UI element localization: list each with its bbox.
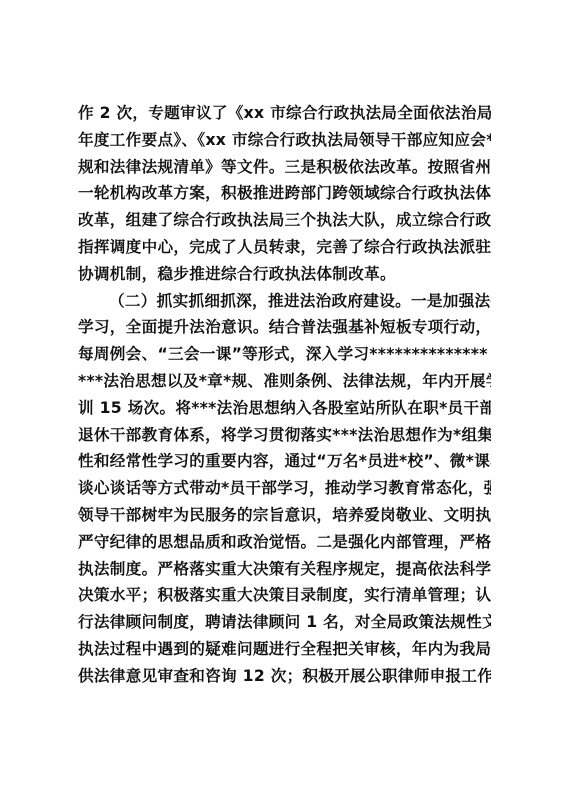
text-line: 年度工作要点》、《xx 市综合行政执法局领导干部应知应会*内法 [78, 127, 491, 154]
text-line: 谈心谈话等方式带动*员干部学习，推动学习教育常态化，强化 [78, 475, 491, 502]
section-heading-line: （二）抓实抓细抓深，推进法治政府建设。一是加强法律法规 [78, 288, 491, 315]
text-line: 改革，组建了综合行政执法局三个执法大队，成立综合行政执法 [78, 207, 491, 234]
text-line: ***法治思想以及*章*规、准则条例、法律法规，年内开展学习培 [78, 368, 491, 395]
text-line: 严守纪律的思想品质和政治觉悟。二是强化内部管理，严格履行 [78, 529, 491, 556]
text-line: 执法制度。严格落实重大决策有关程序规定，提高依法科学民主 [78, 556, 491, 583]
text-line: 决策水平；积极落实重大决策目录制度，实行清单管理；认真推 [78, 582, 491, 609]
text-line: 性和经常性学习的重要内容，通过“万名*员进*校”、微*课、集体 [78, 448, 491, 475]
text-line: 学习，全面提升法治意识。结合普法强基补短板专项行动，利用 [78, 314, 491, 341]
text-line: 训 15 场次。将***法治思想纳入各股室站所队在职*员干部和离 [78, 395, 491, 422]
paragraph-2: （二）抓实抓细抓深，推进法治政府建设。一是加强法律法规 学习，全面提升法治意识。… [78, 288, 491, 690]
text-line: 退休干部教育体系，将学习贯彻落实***法治思想作为*组集中 [78, 422, 491, 449]
text-line: 指挥调度中心，完成了人员转隶，完善了综合行政执法派驻大队 [78, 234, 491, 261]
text-line: 规和法律法规清单》等文件。三是积极依法改革。按照省州市新 [78, 154, 491, 181]
text-line: 作 2 次，专题审议了《xx 市综合行政执法局全面依法治局 2024 [78, 100, 491, 127]
text-line: 行法律顾问制度，聘请法律顾问 1 名，对全局政策法规性文件和 [78, 609, 491, 636]
text-line: 协调机制，稳步推进综合行政执法体制改革。 [78, 261, 491, 288]
text-line: 领导干部树牢为民服务的宗旨意识，培养爱岗敬业、文明执法、 [78, 502, 491, 529]
text-line: 一轮机构改革方案，积极推进跨部门跨领域综合行政执法体制 [78, 180, 491, 207]
text-line: 执法过程中遇到的疑难问题进行全程把关审核，年内为我局提 [78, 636, 491, 663]
document-page: 作 2 次，专题审议了《xx 市综合行政执法局全面依法治局 2024 年度工作要… [78, 100, 491, 690]
text-line: 供法律意见审查和咨询 12 次；积极开展公职律师申报工作，组 [78, 663, 491, 690]
text-line: 每周例会、“三会一课”等形式，深入学习************** 思想、 [78, 341, 491, 368]
paragraph-1: 作 2 次，专题审议了《xx 市综合行政执法局全面依法治局 2024 年度工作要… [78, 100, 491, 288]
